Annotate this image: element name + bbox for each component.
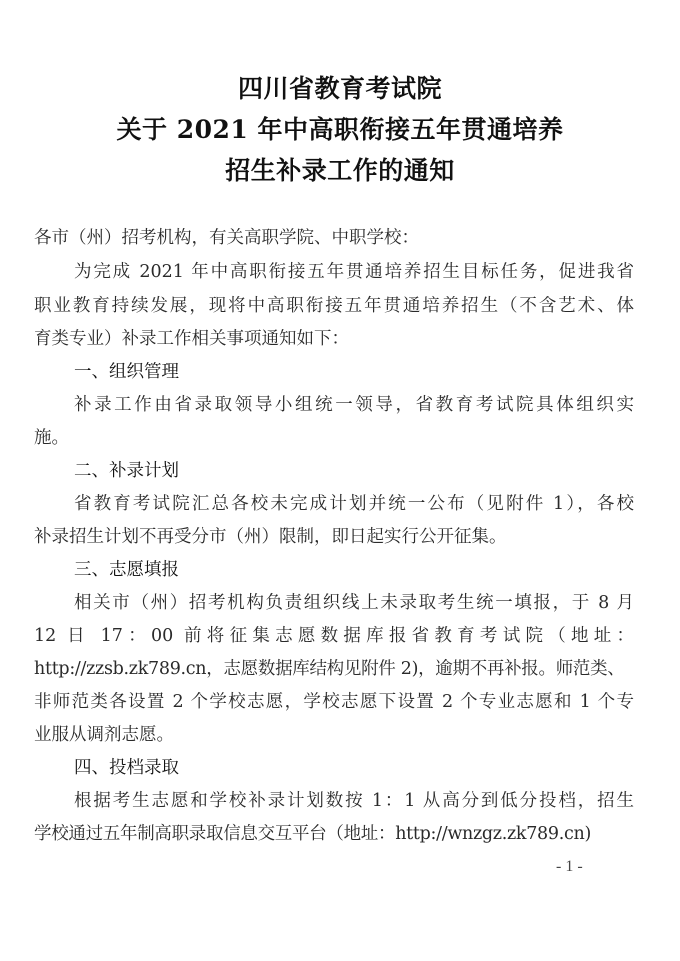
section-3-line-3: http://zzsb.zk789.cn，志愿数据库结构见附件 2)，逾期不再补… xyxy=(34,657,634,681)
title-line-3: 招生补录工作的通知 xyxy=(0,156,680,186)
section-4-line-1: 根据考生志愿和学校补录计划数按 1：1 从高分到低分投档，招生 xyxy=(74,789,634,813)
section-heading-1: 一、组织管理 xyxy=(74,360,634,384)
salutation: 各市（州）招考机构，有关高职学院、中职学校： xyxy=(34,226,634,250)
section-1-line-1: 补录工作由省录取领导小组统一领导，省教育考试院具体组织实 xyxy=(74,393,634,417)
section-3-line-1: 相关市（州）招考机构负责组织线上未录取考生统一填报，于 8 月 xyxy=(74,591,634,615)
title-line-1: 四川省教育考试院 xyxy=(0,74,680,104)
section-3-line-4: 非师范类各设置 2 个学校志愿，学校志愿下设置 2 个专业志愿和 1 个专 xyxy=(34,690,634,714)
document-page: 四川省教育考试院 关于 2021 年中高职衔接五年贯通培养 招生补录工作的通知 … xyxy=(0,0,680,961)
section-heading-3: 三、志愿填报 xyxy=(74,558,634,582)
title-line-2: 关于 2021 年中高职衔接五年贯通培养 xyxy=(0,115,680,145)
section-heading-2: 二、补录计划 xyxy=(74,459,634,483)
intro-line-1: 为完成 2021 年中高职衔接五年贯通培养招生目标任务，促进我省 xyxy=(74,260,634,284)
section-4-line-2: 学校通过五年制高职录取信息交互平台（地址：http://wnzgz.zk789.… xyxy=(34,822,634,846)
intro-line-3: 育类专业）补录工作相关事项通知如下： xyxy=(34,327,634,351)
section-1-line-2: 施。 xyxy=(34,426,634,450)
section-heading-4: 四、投档录取 xyxy=(74,756,634,780)
section-3-line-2: 12 日 17：00 前将征集志愿数据库报省教育考试院（地址： xyxy=(34,624,634,648)
intro-line-2: 职业教育持续发展，现将中高职衔接五年贯通培养招生（不含艺术、体 xyxy=(34,294,634,318)
section-2-line-2: 补录招生计划不再受分市（州）限制，即日起实行公开征集。 xyxy=(34,525,634,549)
section-3-line-5: 业服从调剂志愿。 xyxy=(34,723,634,747)
section-2-line-1: 省教育考试院汇总各校未完成计划并统一公布（见附件 1），各校 xyxy=(74,492,634,516)
page-number: - 1 - xyxy=(556,858,583,876)
